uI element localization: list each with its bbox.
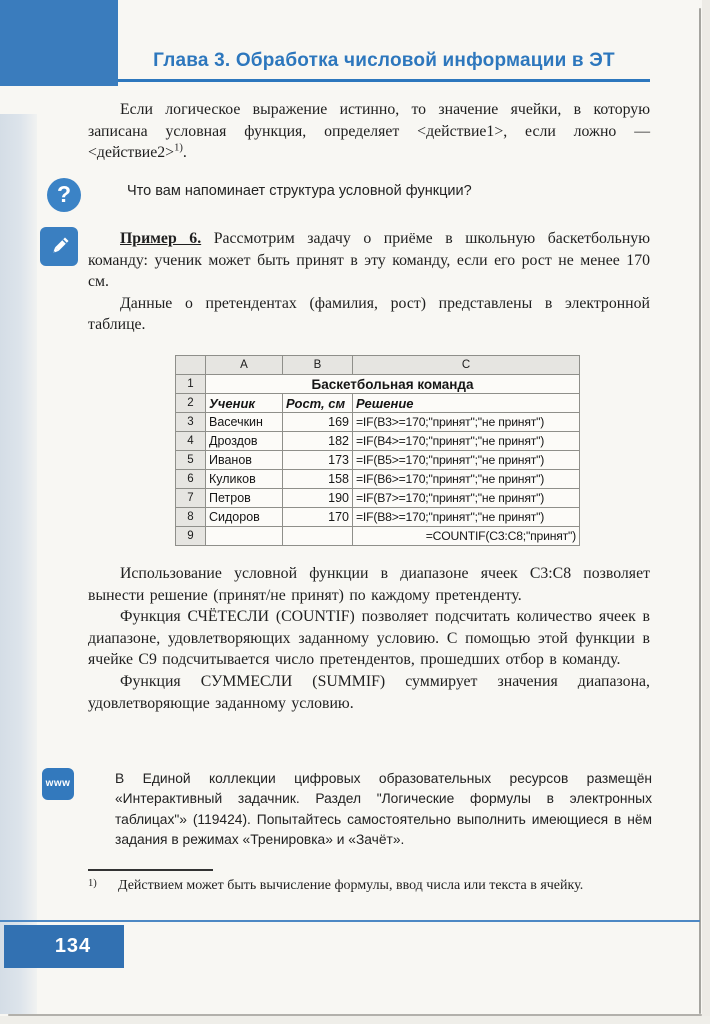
- table-row: 6 Куликов 158 =IF(B6>=170;"принят";"не п…: [176, 470, 580, 489]
- intro-text: Если логическое выражение истинно, то зн…: [88, 101, 650, 161]
- cell-name: Сидоров: [206, 508, 283, 527]
- corner-cell: [176, 356, 206, 375]
- intro-paragraph: Если логическое выражение истинно, то зн…: [88, 99, 650, 164]
- cell-formula: =IF(B5>=170;"принят";"не принят"): [353, 451, 580, 470]
- row-number: 1: [176, 375, 206, 394]
- spreadsheet-table: A B C 1 Баскетбольная команда 2 Ученик Р…: [175, 355, 580, 546]
- table-row-total: 9 =COUNTIF(C3:C8;"принят"): [176, 527, 580, 546]
- cell-height: 170: [283, 508, 353, 527]
- cell-height: 182: [283, 432, 353, 451]
- table-row: 2 Ученик Рост, см Решение: [176, 394, 580, 413]
- cell-name: [206, 527, 283, 546]
- row-number: 6: [176, 470, 206, 489]
- footnote-text: Действием может быть вычисление формулы,…: [118, 876, 650, 895]
- table-row: 5 Иванов 173 =IF(B5>=170;"принят";"не пр…: [176, 451, 580, 470]
- header-cell-decision: Решение: [353, 394, 580, 413]
- cell-name: Дроздов: [206, 432, 283, 451]
- table-row: 8 Сидоров 170 =IF(B8>=170;"принят";"не п…: [176, 508, 580, 527]
- sheet-title-cell: Баскетбольная команда: [206, 375, 580, 394]
- cell-name: Петров: [206, 489, 283, 508]
- chapter-title: Глава 3. Обработка числовой информации в…: [118, 44, 650, 78]
- intro-paragraph-block: Если логическое выражение истинно, то зн…: [88, 99, 650, 164]
- spreadsheet: A B C 1 Баскетбольная команда 2 Ученик Р…: [175, 355, 580, 546]
- page-edge-right: [702, 0, 710, 1024]
- table-row: 4 Дроздов 182 =IF(B4>=170;"принят";"не п…: [176, 432, 580, 451]
- page-edge-right-line: [699, 8, 701, 1014]
- pencil-glyph: [46, 234, 72, 260]
- body-paragraphs: Использование условной функции в диапазо…: [88, 563, 650, 714]
- page-edge-bottom-line: [8, 1014, 702, 1016]
- cell-height: 169: [283, 413, 353, 432]
- table-row: 1 Баскетбольная команда: [176, 375, 580, 394]
- column-letter-b: B: [283, 356, 353, 375]
- row-number: 4: [176, 432, 206, 451]
- cell-formula: =IF(B8>=170;"принят";"не принят"): [353, 508, 580, 527]
- question-mark-icon: ?: [47, 178, 81, 212]
- cell-name: Куликов: [206, 470, 283, 489]
- footnote-mark: 1): [88, 874, 97, 893]
- cell-formula: =IF(B3>=170;"принят";"не принят"): [353, 413, 580, 432]
- body-paragraph-2: Функция СЧЁТЕСЛИ (COUNTIF) позволяет под…: [88, 606, 650, 671]
- column-letter-a: A: [206, 356, 283, 375]
- page-edge-bottom: [0, 1016, 710, 1024]
- footnote-rule: [88, 869, 213, 871]
- cell-name: Васечкин: [206, 413, 283, 432]
- row-number: 3: [176, 413, 206, 432]
- cell-height: 190: [283, 489, 353, 508]
- row-number: 7: [176, 489, 206, 508]
- column-letter-c: C: [353, 356, 580, 375]
- binding-gutter: [0, 114, 37, 1014]
- header-cell-height: Рост, см: [283, 394, 353, 413]
- body-paragraph-3: Функция СУММЕСЛИ (SUMMIF) суммирует знач…: [88, 671, 650, 714]
- row-number: 2: [176, 394, 206, 413]
- cell-height: 173: [283, 451, 353, 470]
- footer-rule: [0, 920, 700, 922]
- footnote-reference: 1): [174, 143, 183, 154]
- chapter-corner-block: [0, 0, 118, 86]
- intro-text-tail: .: [183, 144, 187, 161]
- example-block: Пример 6. Рассмотрим задачу о приёме в ш…: [88, 228, 650, 336]
- example-paragraph-2: Данные о претендентах (фамилия, рост) пр…: [88, 293, 650, 336]
- question-text: Что вам напоминает структура условной фу…: [127, 183, 547, 199]
- table-row: 7 Петров 190 =IF(B7>=170;"принят";"не пр…: [176, 489, 580, 508]
- example-label: Пример 6.: [120, 230, 201, 247]
- cell-height: [283, 527, 353, 546]
- cell-height: 158: [283, 470, 353, 489]
- footnote: 1) Действием может быть вычисление форму…: [88, 876, 650, 895]
- cell-formula: =IF(B6>=170;"принят";"не принят"): [353, 470, 580, 489]
- textbook-page: Глава 3. Обработка числовой информации в…: [0, 0, 710, 1024]
- cell-countif-formula: =COUNTIF(C3:C8;"принят"): [353, 527, 580, 546]
- example-paragraph: Пример 6. Рассмотрим задачу о приёме в ш…: [88, 228, 650, 293]
- pencil-icon: [40, 227, 78, 266]
- page-number-badge: 134: [4, 925, 124, 968]
- cell-name: Иванов: [206, 451, 283, 470]
- chapter-title-rule: [118, 79, 650, 82]
- header-cell-student: Ученик: [206, 394, 283, 413]
- cell-formula: =IF(B4>=170;"принят";"не принят"): [353, 432, 580, 451]
- row-number: 8: [176, 508, 206, 527]
- www-icon: www: [42, 768, 74, 800]
- body-paragraph-1: Использование условной функции в диапазо…: [88, 563, 650, 606]
- table-row: 3 Васечкин 169 =IF(B3>=170;"принят";"не …: [176, 413, 580, 432]
- row-number: 9: [176, 527, 206, 546]
- cell-formula: =IF(B7>=170;"принят";"не принят"): [353, 489, 580, 508]
- column-header-row: A B C: [176, 356, 580, 375]
- row-number: 5: [176, 451, 206, 470]
- web-resource-text: В Единой коллекции цифровых образователь…: [115, 769, 652, 851]
